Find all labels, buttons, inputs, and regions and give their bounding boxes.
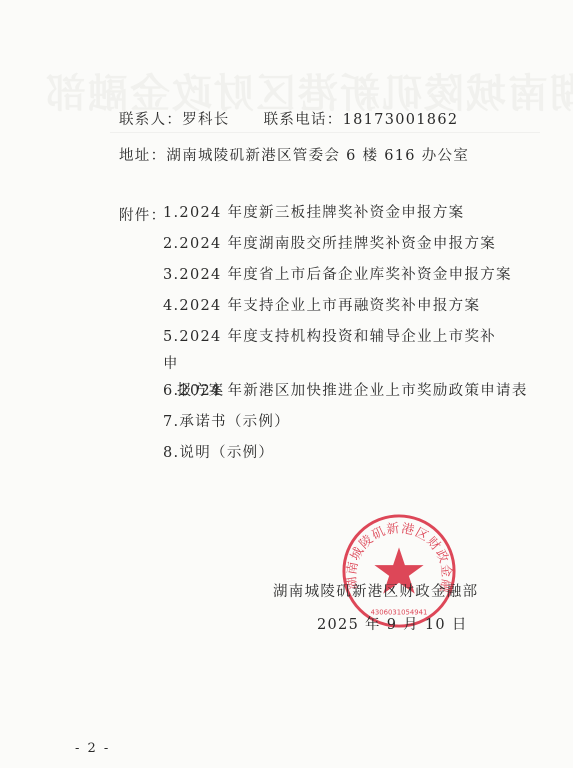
attachment-item: 8.说明（示例） <box>163 444 528 475</box>
contact-person-label: 联系人： <box>119 112 182 128</box>
contact-line: 联系人：罗科长联系电话：18173001862 <box>119 108 458 129</box>
page-number: - 2 - <box>75 741 110 756</box>
contact-person-name: 罗科长 <box>182 112 229 128</box>
attachment-item: 6.2024 年新港区加快推进企业上市奖励政策申请表 <box>163 382 528 413</box>
signature-date: 2025 年 9 月 10 日 <box>317 613 468 634</box>
attachment-item: 2.2024 年度湖南股交所挂牌奖补资金申报方案 <box>163 235 528 266</box>
faded-divider <box>110 132 540 133</box>
contact-phone-label: 联系电话： <box>264 112 343 128</box>
address-label: 地址： <box>119 148 166 164</box>
attachments-label: 附件： <box>119 204 166 225</box>
attachment-item: 3.2024 年度省上市后备企业库奖补资金申报方案 <box>163 266 528 297</box>
contact-phone: 18173001862 <box>343 112 459 128</box>
attachment-item-text: 5.2024 年度支持机构投资和辅导企业上市奖补申 <box>163 329 496 372</box>
address-line: 地址：湖南城陵矶新港区管委会 6 楼 616 办公室 <box>119 144 469 165</box>
attachment-item: 1.2024 年度新三板挂牌奖补资金申报方案 <box>163 204 528 235</box>
attachments-list: 1.2024 年度新三板挂牌奖补资金申报方案 2.2024 年度湖南股交所挂牌奖… <box>163 204 528 475</box>
address-value: 湖南城陵矶新港区管委会 6 楼 616 办公室 <box>166 148 469 164</box>
signature-organization: 湖南城陵矶新港区财政金融部 <box>273 580 478 601</box>
attachment-item: 7.承诺书（示例） <box>163 413 528 444</box>
attachment-item: 5.2024 年度支持机构投资和辅导企业上市奖补申 报方案 <box>163 324 503 382</box>
